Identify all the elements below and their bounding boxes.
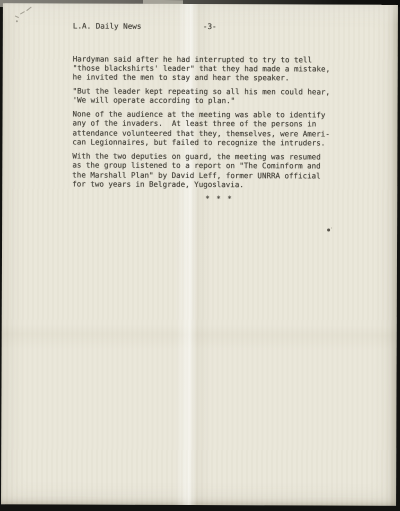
page-header: L.A. Daily News -3- (3, 21, 398, 23)
scanned-document: L.A. Daily News -3- Hardyman said after … (0, 0, 400, 511)
text-line: he invited the men to stay and hear the … (73, 73, 363, 83)
document-body: Hardyman said after he had interrupted t… (72, 54, 363, 204)
paragraph: "But the leader kept repeating so all hi… (73, 86, 363, 106)
text-line: 'We will operate according to plan." (73, 96, 363, 106)
page-title: L.A. Daily News (73, 22, 142, 32)
paragraph: None of the audience at the meeting was … (72, 110, 362, 148)
paper-page: L.A. Daily News -3- Hardyman said after … (1, 3, 398, 506)
text-line: can Legionnaires, but failed to recogniz… (72, 138, 362, 148)
pencil-mark (14, 7, 36, 23)
end-mark: * * * (205, 194, 362, 204)
paragraph: With the two deputies on guard, the meet… (72, 151, 362, 189)
paper-speck (327, 228, 330, 231)
page-number: -3- (203, 22, 217, 31)
paragraph: Hardyman said after he had interrupted t… (73, 54, 363, 83)
text-line: for two years in Belgrade, Yugoslavia. (72, 179, 362, 189)
text-line: as the group listened to a report on "Th… (72, 161, 362, 171)
